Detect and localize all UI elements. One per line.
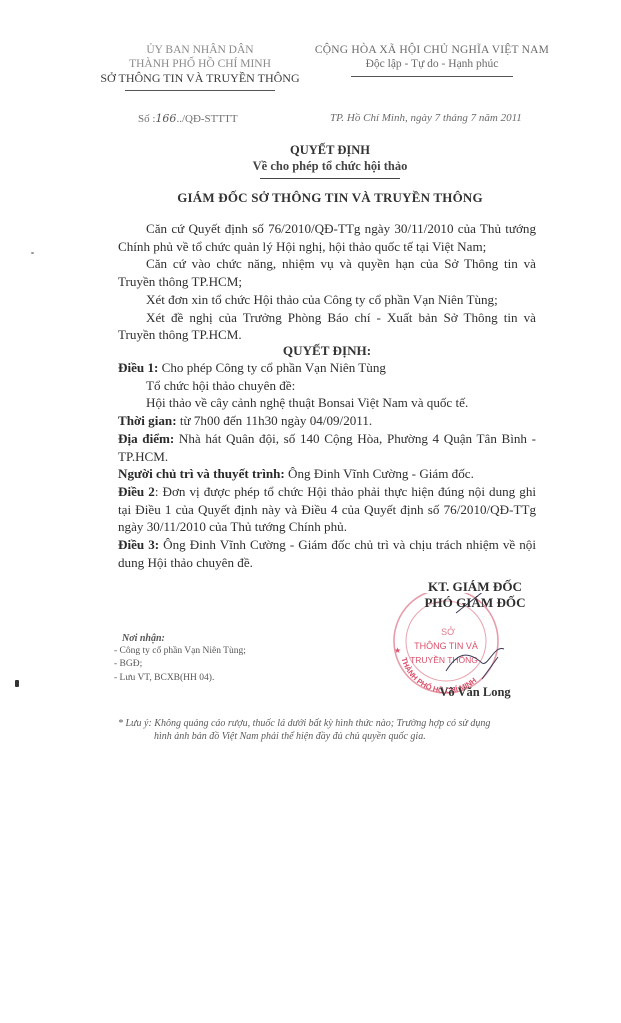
national-motto: Độc lập - Tự do - Hạnh phúc bbox=[282, 57, 582, 71]
document-number-suffix: ../QĐ-STTTT bbox=[176, 113, 237, 125]
event-place-label: Địa điểm: bbox=[118, 431, 174, 446]
signature-block: KT. GIÁM ĐỐC PHÓ GIÁM ĐỐC bbox=[400, 579, 550, 611]
preamble-item: Xét đơn xin tổ chức Hội thảo của Công ty… bbox=[118, 291, 536, 309]
event-time-label: Thời gian: bbox=[118, 413, 177, 428]
article-2-label: Điều 2 bbox=[118, 484, 155, 499]
scan-speck bbox=[15, 680, 19, 687]
document-number-handwritten: 166 bbox=[155, 112, 176, 125]
issuer-title: GIÁM ĐỐC SỞ THÔNG TIN VÀ TRUYỀN THÔNG bbox=[140, 190, 520, 206]
svg-text:SỞ: SỞ bbox=[441, 626, 455, 637]
recipients-title: Nơi nhận: bbox=[114, 632, 246, 645]
event-place: Địa điểm: Nhà hát Quân đội, số 140 Cộng … bbox=[118, 430, 536, 465]
event-host-text: Ông Đinh Vĩnh Cường - Giám đốc. bbox=[285, 466, 474, 481]
title-subject: Về cho phép tổ chức hội thảo bbox=[140, 158, 520, 174]
header-left-underline bbox=[125, 90, 275, 91]
event-time-text: từ 7h00 đến 11h30 ngày 04/09/2011. bbox=[177, 413, 373, 428]
article-3-label: Điều 3: bbox=[118, 537, 159, 552]
title-underline bbox=[260, 178, 400, 179]
decision-heading: QUYẾT ĐỊNH: bbox=[118, 343, 536, 359]
date-line: TP. Hồ Chí Minh, ngày 7 tháng 7 năm 2011 bbox=[330, 112, 522, 124]
footnote-line-2: hình ảnh bản đồ Việt Nam phải thể hiện đ… bbox=[118, 730, 598, 743]
scan-speck bbox=[31, 252, 34, 254]
document-number: Số :166../QĐ-STTTT bbox=[138, 112, 238, 125]
svg-text:★: ★ bbox=[394, 646, 401, 655]
recipients-list: Nơi nhận: - Công ty cổ phần Vạn Niên Tùn… bbox=[114, 632, 246, 685]
preamble-item: Xét đề nghị của Trưởng Phòng Báo chí - X… bbox=[118, 309, 536, 344]
header-right-underline bbox=[351, 76, 513, 77]
event-time: Thời gian: từ 7h00 đến 11h30 ngày 04/09/… bbox=[118, 412, 536, 430]
footnote: * Lưu ý: Không quảng cáo rượu, thuốc lá … bbox=[118, 717, 598, 743]
document-number-prefix: Số : bbox=[138, 113, 155, 125]
signer-name: Võ Văn Long bbox=[400, 685, 550, 700]
preamble: Căn cứ Quyết định số 76/2010/QĐ-TTg ngày… bbox=[118, 220, 536, 344]
title-main: QUYẾT ĐỊNH bbox=[140, 142, 520, 158]
preamble-item: Căn cứ Quyết định số 76/2010/QĐ-TTg ngày… bbox=[118, 220, 536, 255]
article-1-text: Cho phép Công ty cổ phần Vạn Niên Tùng bbox=[158, 360, 386, 375]
recipient-item: - Lưu VT, BCXB(HH 04). bbox=[114, 672, 246, 685]
article-2: Điều 2: Đơn vị được phép tổ chức Hội thả… bbox=[118, 483, 536, 536]
signature-line-2: PHÓ GIÁM ĐỐC bbox=[400, 595, 550, 611]
svg-text:THÔNG TIN VÀ: THÔNG TIN VÀ bbox=[414, 641, 478, 651]
article-1-label: Điều 1: bbox=[118, 360, 158, 375]
event-host-label: Người chủ trì và thuyết trình: bbox=[118, 466, 285, 481]
article-1-sub-1: Tổ chức hội thảo chuyên đề: bbox=[118, 377, 536, 395]
article-1: Điều 1: Cho phép Công ty cổ phần Vạn Niê… bbox=[118, 359, 536, 377]
recipient-item: - BGĐ; bbox=[114, 658, 246, 671]
country-name: CỘNG HÒA XÃ HỘI CHỦ NGHĨA VIỆT NAM bbox=[282, 43, 582, 57]
svg-text:TRUYỀN THÔNG: TRUYỀN THÔNG bbox=[410, 655, 478, 665]
decision-articles: Điều 1: Cho phép Công ty cổ phần Vạn Niê… bbox=[118, 359, 536, 571]
article-1-sub-2: Hội thảo về cây cảnh nghệ thuật Bonsai V… bbox=[118, 394, 536, 412]
article-3-text: Ông Đinh Vĩnh Cường - Giám đốc chủ trì v… bbox=[118, 537, 536, 570]
event-host: Người chủ trì và thuyết trình: Ông Đinh … bbox=[118, 465, 536, 483]
national-motto-header: CỘNG HÒA XÃ HỘI CHỦ NGHĨA VIỆT NAM Độc l… bbox=[282, 43, 582, 77]
recipient-item: - Công ty cổ phần Vạn Niên Tùng; bbox=[114, 645, 246, 658]
signature-line-1: KT. GIÁM ĐỐC bbox=[400, 579, 550, 595]
article-2-text: : Đơn vị được phép tổ chức Hội thảo phải… bbox=[118, 484, 536, 534]
document-title: QUYẾT ĐỊNH Về cho phép tổ chức hội thảo bbox=[140, 142, 520, 179]
article-3: Điều 3: Ông Đinh Vĩnh Cường - Giám đốc c… bbox=[118, 536, 536, 571]
preamble-item: Căn cứ vào chức năng, nhiệm vụ và quyền … bbox=[118, 255, 536, 290]
event-place-text: Nhà hát Quân đội, số 140 Cộng Hòa, Phườn… bbox=[118, 431, 536, 464]
footnote-line-1: * Lưu ý: Không quảng cáo rượu, thuốc lá … bbox=[118, 717, 598, 730]
